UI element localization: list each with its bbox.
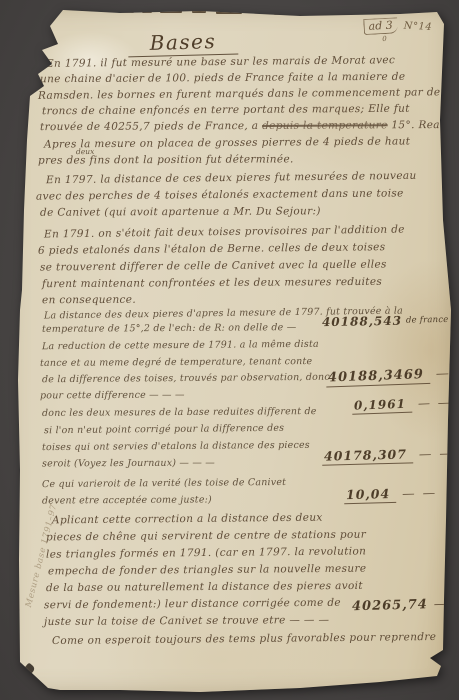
torn-edge-text-fragment: [328, 11, 338, 14]
manuscript-line: 6 pieds etalonés dans l'étalon de Berne.…: [38, 241, 386, 257]
manuscript-line: tance et au meme degré de temperature, t…: [40, 356, 312, 369]
archival-corner-note: ad 3 0 N°14: [355, 13, 453, 54]
torn-edge-text-fragment: [274, 11, 294, 15]
manuscript-line: trouvée de 40255,7 pieds de France, a de…: [40, 119, 459, 133]
manuscript-page: ad 3 0 N°14 Bases En 1791. il fut mesuré…: [0, 0, 459, 700]
manuscript-line: avec des perches de 4 toises étalonés ex…: [36, 187, 404, 202]
manuscript-line: En 1791. on s'étoit fait deux toises pro…: [44, 223, 405, 240]
manuscript-line: En 1797. la distance de ces deux pieres …: [46, 170, 417, 187]
torn-edge-text-fragment: [305, 10, 319, 14]
page-title: Bases: [128, 29, 239, 58]
screenshot-stage: ad 3 0 N°14 Bases En 1791. il fut mesuré…: [0, 0, 459, 700]
archival-number-label: N°14: [403, 21, 432, 33]
manuscript-line: furent maintenant confrontées et les deu…: [42, 276, 382, 290]
manuscript-line: toises qui ont servies d'etalons la dist…: [42, 440, 310, 453]
measurement-value: 40178,307— —: [322, 445, 454, 463]
manuscript-line: temperature de 15°,2 de l'ech: de R: on …: [42, 322, 296, 335]
manuscript-line: en consequence.: [42, 294, 136, 306]
archival-mark-sub: 0: [382, 35, 387, 43]
manuscript-line: Ce qui varieroit de la verité (les toise…: [42, 477, 286, 490]
manuscript-line: seroit (Voyez les Journaux) — — —: [42, 458, 215, 470]
manuscript-line: servi de fondement:) leur distance corri…: [44, 597, 341, 612]
measurement-value: 0,1961— —: [352, 395, 452, 412]
manuscript-line: juste sur la toise de Canivet se trouve …: [44, 614, 329, 628]
paper-wrapper: ad 3 0 N°14 Bases En 1791. il fut mesuré…: [0, 0, 459, 700]
manuscript-line: La reduction de cette mesure de 1791. a …: [42, 339, 319, 352]
manuscript-line: Apres la mesure on placea de grosses pie…: [44, 135, 410, 150]
measurement-value: 40188,543de france: [322, 313, 449, 329]
manuscript-line: se trouverent differer de celle de Caniv…: [40, 258, 387, 273]
manuscript-line: si l'on n'eut point corrigé pour la diff…: [44, 423, 284, 437]
manuscript-line: de la difference des toises, trouvés par…: [42, 372, 330, 386]
manuscript-line: pieces de chêne qui servirent de centre …: [46, 529, 366, 544]
ink-blot: [21, 663, 36, 678]
manuscript-line: empecha de fonder des triangles sur la n…: [48, 563, 366, 578]
manuscript-line: troncs de chaine enfoncés en terre porta…: [42, 103, 410, 118]
measurement-value: 10,04— —: [344, 485, 438, 502]
manuscript-line: les triangles formés en 1791. (car en 17…: [46, 545, 366, 560]
manuscript-line: une chaine d'acier de 100. pieds de Fran…: [40, 71, 405, 86]
torn-edge-text-fragment: [192, 9, 206, 13]
manuscript-line: Aplicant cette correction a la distance …: [52, 512, 323, 527]
torn-edge-text-fragment: [252, 9, 264, 13]
torn-edge-text-fragment: [216, 10, 242, 14]
torn-edge-text-fragment: [142, 10, 152, 13]
manuscript-line: Come on esperoit toujours des tems plus …: [52, 631, 436, 647]
torn-edge-text-fragment: [160, 8, 182, 13]
manuscript-line: En 1791. il fut mesuré une base sur les …: [46, 54, 395, 70]
manuscript-line: pres des fins dont la position fut déter…: [38, 153, 294, 166]
manuscript-line: Ramsden. les bornes en furent marqués da…: [38, 86, 454, 102]
manuscript-line: de Canivet (qui avoit apartenue a Mr. Du…: [40, 205, 321, 218]
manuscript-line: devent etre acceptée come juste:): [42, 494, 212, 506]
manuscript-line: donc les deux mesures de la base reduite…: [42, 406, 317, 419]
torn-edge-text-fragment: [118, 9, 134, 13]
manuscript-line: pour cette difference — — —: [40, 390, 185, 402]
measurement-value: 40188,3469— —: [326, 365, 459, 385]
archival-mark-label: ad 3: [363, 17, 398, 35]
manuscript-line: de la base ou naturellement la distance …: [46, 580, 363, 594]
measurement-value: 40265,74—: [352, 597, 449, 615]
